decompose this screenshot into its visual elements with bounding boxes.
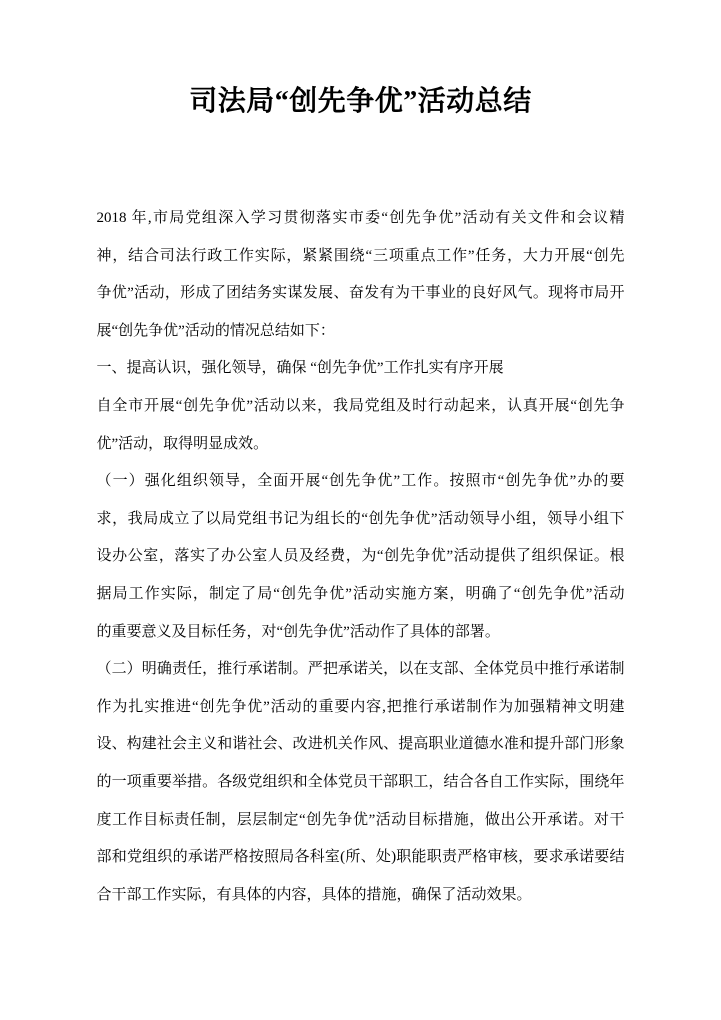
document-line: 自全市开展“创先争优”活动以来，我局党组及时行动起来，认真开展“创先争 [97, 388, 625, 426]
document-line: 合干部工作实际，有具体的内容，具体的措施，确保了活动效果。 [97, 877, 625, 915]
document-line: 的重要意义及目标任务，对“创先争优”活动作了具体的部署。 [97, 614, 625, 652]
document-line: 神，结合司法行政工作实际，紧紧围绕“三项重点工作”任务，大力开展“创先 [97, 238, 625, 276]
document-line: （一）强化组织领导，全面开展“创先争优”工作。按照市“创先争优”办的要 [97, 463, 625, 501]
document-page: 司法局“创先争优”活动总结 2018 年,市局党组深入学习贯彻落实市委“创先争优… [0, 0, 721, 1020]
document-line: 据局工作实际，制定了局“创先争优”活动实施方案，明确了“创先争优”活动 [97, 576, 625, 614]
document-line: 部和党组织的承诺严格按照局各科室(所、处)职能职责严格审核，要求承诺要结 [97, 839, 625, 877]
document-line: 2018 年,市局党组深入学习贯彻落实市委“创先争优”活动有关文件和会议精 [97, 200, 625, 238]
document-title: 司法局“创先争优”活动总结 [0, 0, 721, 124]
document-line: 的一项重要举措。各级党组织和全体党员干部职工，结合各自工作实际，围绕年 [97, 764, 625, 802]
document-section-heading: 一、提高认识，强化领导，确保 “创先争优”工作扎实有序开展 [97, 350, 625, 388]
document-line: 作为扎实推进“创先争优”活动的重要内容,把推行承诺制作为加强精神文明建 [97, 689, 625, 727]
document-line: 求，我局成立了以局党组书记为组长的“创先争优”活动领导小组，领导小组下 [97, 501, 625, 539]
document-line: 优”活动，取得明显成效。 [97, 426, 625, 464]
document-line: 争优”活动，形成了团结务实谋发展、奋发有为干事业的良好风气。现将市局开 [97, 275, 625, 313]
document-line: 展“创先争优”活动的情况总结如下： [97, 313, 625, 351]
document-body: 2018 年,市局党组深入学习贯彻落实市委“创先争优”活动有关文件和会议精 神，… [97, 200, 625, 914]
document-line: 设、构建社会主义和谐社会、改进机关作风、提高职业道德水准和提升部门形象 [97, 726, 625, 764]
document-line: （二）明确责任，推行承诺制。严把承诺关，以在支部、全体党员中推行承诺制 [97, 651, 625, 689]
document-line: 度工作目标责任制，层层制定“创先争优”活动目标措施，做出公开承诺。对干 [97, 802, 625, 840]
document-line: 设办公室，落实了办公室人员及经费，为“创先争优”活动提供了组织保证。根 [97, 538, 625, 576]
